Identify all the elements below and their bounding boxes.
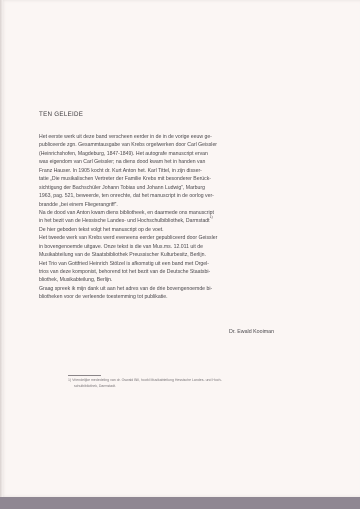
body-line: Graag spreek ik mijn dank uit aan het ad… — [39, 285, 317, 293]
body-line: publiceerde zgn. Gesammtausgabe van Kreb… — [39, 141, 317, 149]
footnote-line: schulbibliothek, Darmstadt. — [68, 384, 268, 390]
body-line: bliotheken voor de verleende toestemming… — [39, 293, 317, 301]
body-line: (Heinrichshofen, Magdeburg, 1847-1849). … — [39, 150, 317, 158]
author-signature: Dr. Ewald Kooiman — [229, 329, 274, 335]
body-line: Franz Hauser. In 1905 kocht dr. Kurt Ant… — [39, 167, 317, 175]
body-line: tatie „Die musikalischen Vertreter der F… — [39, 175, 317, 183]
body-line: bliothek, Musikabteilung, Berlijn. — [39, 276, 317, 284]
body-text: Het eerste werk uit deze band verscheen … — [39, 133, 317, 302]
body-line: in bovengenoemde uitgave. Onze tekst is … — [39, 243, 317, 251]
body-line: sichtigung der Bachschüler Johann Tobias… — [39, 184, 317, 192]
body-line-with-footnote: in het bezit van de Hessische Landes- un… — [39, 217, 317, 225]
body-line: was eigendom van Carl Geissler; na diens… — [39, 158, 317, 166]
body-line: Het eerste werk uit deze band verscheen … — [39, 133, 317, 141]
body-line: De hier geboden tekst volgt het manuscri… — [39, 226, 317, 234]
body-line: 1963, pag. 521, beweerde, ten onrechte, … — [39, 192, 317, 200]
footnote-reference: 1) — [210, 215, 213, 219]
body-line: Het Trio van Gottfried Heinrich Stölzel … — [39, 260, 317, 268]
footnote-divider — [68, 375, 101, 376]
body-line: Na de dood van Anton kwam diens biblioth… — [39, 209, 317, 217]
body-line: brandde „bei einem Fliegerangriff”. — [39, 201, 317, 209]
footnote: 1) Vriendelijke mededeling van dr. Oswal… — [68, 378, 268, 389]
document-page: TEN GELEIDE Het eerste werk uit deze ban… — [0, 0, 360, 497]
section-heading: TEN GELEIDE — [39, 111, 83, 118]
body-line: trios van deze komponist, behorend tot h… — [39, 268, 317, 276]
page-binding-edge — [0, 0, 3, 497]
body-line: Musikabteilung van de Staatsbibliothek P… — [39, 251, 317, 259]
body-line: Het tweede werk van Krebs werd eveneens … — [39, 234, 317, 242]
body-line-text: in het bezit van de Hessische Landes- un… — [39, 218, 210, 224]
